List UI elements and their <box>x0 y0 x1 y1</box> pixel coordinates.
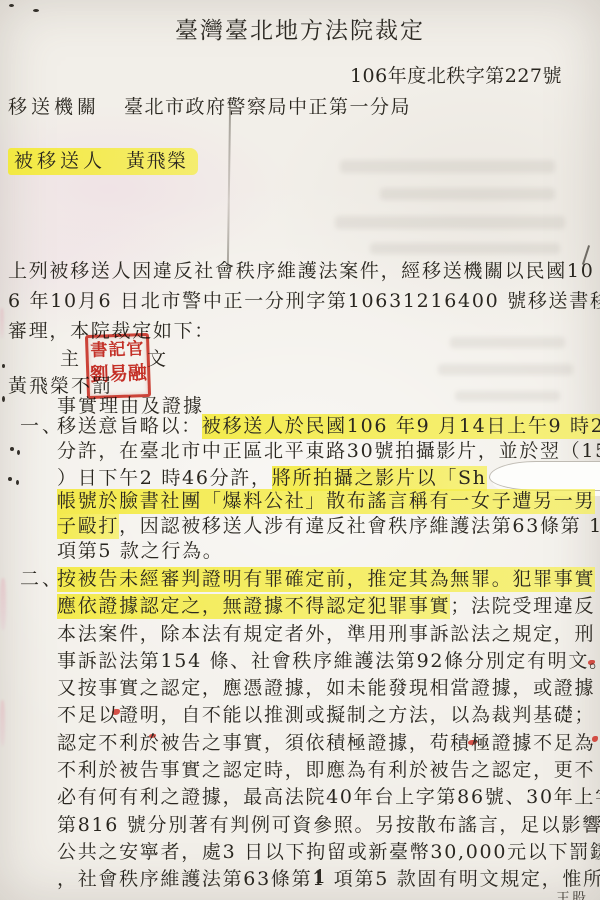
text-line: 不足以證明，自不能以推測或擬制之方法，以為裁判基礎； <box>57 700 600 727</box>
text-segment: 移送意旨略以： <box>57 415 202 437</box>
document-page: 臺灣臺北地方法院裁定 106年度北秩字第227號 移送機關臺北市政府警察局中正第… <box>0 0 600 900</box>
text-segment: 又按事實之認定，應憑證據，如未能發現相當證據，或證據 <box>57 677 595 699</box>
text-line: 本法案件，除本法有規定者外，準用刑事訴訟法之規定，刑 <box>57 619 600 646</box>
text-line: ）日下午2 時46分許，將所拍攝之影片以「Sh <box>57 461 600 486</box>
section-number: 一、 <box>20 411 64 438</box>
main-text-heading: 主 文 <box>60 344 79 371</box>
text-line: 6 年10月6 日北市警中正一分刑字第10631216400 號移送書移送 <box>8 286 600 316</box>
text-line: 認定不利於被告之事實，須依積極證據，苟積極證據不足為 <box>57 728 600 755</box>
speck <box>10 447 14 451</box>
case-number: 106年度北秩字第227號 <box>350 61 562 88</box>
text-line: 公共之安寧者，處3 日以下拘留或新臺幣30,000元以下罰鍰 <box>57 837 600 864</box>
section-lines: 移送意旨略以：被移送人於民國106 年9 月14日上午9 時25分許，在臺北市中… <box>57 411 600 561</box>
text-segment: 認定不利於被告之事實，須依積極證據，苟積極證據不足為 <box>57 732 595 754</box>
text-segment: 分許，在臺北市中正區北平東路30號拍攝影片，並於翌（15 <box>57 440 600 462</box>
bleedthrough-mark <box>370 243 560 254</box>
text-segment: 公共之安寧者，處3 日以下拘留或新臺幣30,000元以下罰鍰 <box>57 841 600 863</box>
stamp-name: 劉易融 <box>89 360 148 388</box>
bleedthrough-mark <box>380 188 555 200</box>
text-line: 分許，在臺北市中正區北平東路30號拍攝影片，並於翌（15 <box>57 436 600 461</box>
field-label: 移送機關 <box>8 96 100 118</box>
text-segment: 事訴訟法第154 條、社會秩序維護法第92條分別定有明文。 <box>57 650 600 672</box>
text-segment: 本法案件，除本法有規定者外，準用刑事訴訟法之規定，刑 <box>57 623 595 645</box>
text-line: 又按事實之認定，應憑證據，如未能發現相當證據，或證據 <box>57 673 600 700</box>
text-segment: 必有何有利之證據，最高法院40年台上字第86號、30年上字 <box>57 786 600 808</box>
text-line: 按被告未經審判證明有罪確定前，推定其為無罪。犯罪事實 <box>57 564 600 591</box>
text-line: 第816 號分別著有判例可資參照。另按散布謠言，足以影響 <box>57 810 600 837</box>
speck <box>9 4 14 7</box>
text-segment: 不利於被告事實之認定時，即應為有利於被告之認定，更不 <box>57 759 595 781</box>
bleedthrough-mark <box>455 391 560 401</box>
text-line: 必有何有利之證據，最高法院40年台上字第86號、30年上字 <box>57 782 600 809</box>
pink-smudge <box>0 308 4 338</box>
highlighted-text: 按被告未經審判證明有罪確定前，推定其為無罪。犯罪事實 <box>57 567 595 592</box>
division-corner-mark: 王股 <box>556 888 588 900</box>
pink-smudge <box>0 578 6 630</box>
highlight-band: 被移送人黃飛榮 <box>8 148 198 175</box>
section-lines: 按被告未經審判證明有罪確定前，推定其為無罪。犯罪事實應依證據認定之，無證據不得認… <box>57 564 600 892</box>
speck <box>2 364 5 368</box>
text-segment: 第816 號分別著有判例可資參照。另按散布謠言，足以影響 <box>57 814 600 836</box>
bleedthrough-mark <box>335 216 565 229</box>
section-legal-reasoning: 二、按被告未經審判證明有罪確定前，推定其為無罪。犯罪事實應依證據認定之，無證據不… <box>20 564 600 892</box>
speck <box>2 396 5 402</box>
section-number: 二、 <box>20 564 64 591</box>
stamp-title: 書記官 <box>88 339 147 362</box>
text-line: 帳號於臉書社團「爆料公社」散布謠言稱有一女子遭另一男 <box>57 486 600 511</box>
field-label: 被移送人 <box>14 150 106 172</box>
text-line: 事訴訟法第154 條、社會秩序維護法第92條分別定有明文。 <box>57 646 600 673</box>
preamble: 上列被移送人因違反社會秩序維護法案件，經移送機關以民國106 年10月6 日北市… <box>8 256 600 346</box>
court-title: 臺灣臺北地方法院裁定 <box>0 12 600 45</box>
section-transfer-summary: 一、移送意旨略以：被移送人於民國106 年9 月14日上午9 時25分許，在臺北… <box>20 411 600 561</box>
text-line: 子毆打，因認被移送人涉有違反社會秩序維護法第63條第 1 <box>57 511 600 536</box>
text-line: 移送意旨略以：被移送人於民國106 年9 月14日上午9 時25 <box>57 411 600 436</box>
text-segment: 項第5 款之行為。 <box>57 540 223 562</box>
text-segment: ，因認被移送人涉有違反社會秩序維護法第63條第 1 <box>119 515 600 537</box>
fold-crease <box>227 102 231 267</box>
field-value: 臺北市政府警察局中正第一分局 <box>124 96 411 118</box>
main-text-heading-left: 主 <box>60 348 79 370</box>
pink-smudge <box>0 700 5 746</box>
text-line: 不利於被告事實之認定時，即應為有利於被告之認定，更不 <box>57 755 600 782</box>
text-line: 項第5 款之行為。 <box>57 536 600 561</box>
text-segment: ；法院受理違反 <box>450 595 595 617</box>
bleedthrough-mark <box>438 364 573 375</box>
highlighted-text: 應依證據認定之，無證據不得認定犯罪事實 <box>57 594 450 619</box>
speck <box>16 480 19 485</box>
text-segment: 不足以證明，自不能以推測或擬制之方法，以為裁判基礎； <box>57 704 595 726</box>
text-line: 上列被移送人因違反社會秩序維護法案件，經移送機關以民國10 <box>8 256 600 286</box>
field-row-被移送人: 被移送人黃飛榮 <box>8 146 198 173</box>
bleedthrough-mark <box>340 160 555 173</box>
field-value: 黃飛榮 <box>126 150 188 172</box>
field-row-移送機關: 移送機關臺北市政府警察局中正第一分局 <box>8 92 411 119</box>
speck <box>8 477 12 481</box>
text-line: 應依證據認定之，無證據不得認定犯罪事實；法院受理違反 <box>57 591 600 618</box>
clerk-seal-stamp: 書記官 劉易融 <box>85 333 151 399</box>
page-number: 1 <box>0 866 600 888</box>
